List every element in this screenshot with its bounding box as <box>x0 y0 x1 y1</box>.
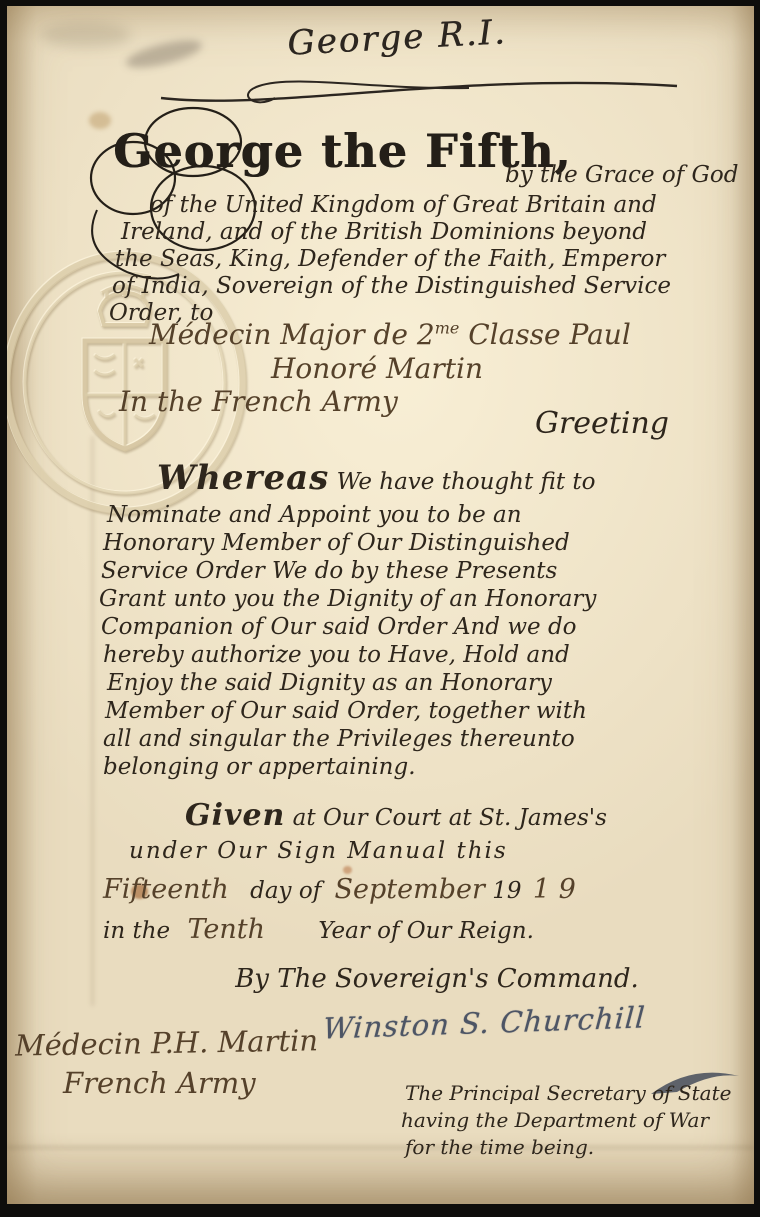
given-initial-word: Given <box>185 798 285 833</box>
command-line: By The Sovereign's Command. <box>117 964 754 994</box>
secretary-title-line: The Principal Secretary of State <box>405 1080 731 1107</box>
body-line: belonging or appertaining. <box>103 754 416 780</box>
document-title: George the Fifth, <box>113 124 572 178</box>
recipient-rank-text: Médecin Major de 2 <box>149 318 435 351</box>
body-line: Enjoy the said Dignity as an Honorary <box>107 670 552 696</box>
year-printed: 19 <box>492 878 521 904</box>
given-line: Given at Our Court at St. James's <box>185 798 607 833</box>
body-line: all and singular the Privileges thereunt… <box>103 726 575 752</box>
churchill-signature: Winston S. Churchill <box>322 1000 647 1045</box>
scanned-certificate-photo: George R.I. George the Fifth, by the Gra… <box>0 0 760 1217</box>
recipient-rank-line: Médecin Major de 2me Classe Paul <box>149 318 631 351</box>
preamble-line: of India, Sovereign of the Distinguished… <box>112 273 671 299</box>
handwritten-year: 1 9 <box>533 874 576 905</box>
body-line: Service Order We do by these Presents <box>101 558 557 584</box>
secretary-title-line: for the time being. <box>405 1134 594 1161</box>
reign-line-text: in the <box>103 918 170 944</box>
secretary-title-line: having the Department of War <box>401 1107 709 1134</box>
recipient-army-line: In the French Army <box>119 385 398 418</box>
rust-spot <box>343 866 352 874</box>
handwritten-month: September <box>335 874 485 905</box>
recipient-name: Honoré Martin <box>157 352 597 385</box>
certificate-paper: George R.I. George the Fifth, by the Gra… <box>7 6 754 1204</box>
fold-crease <box>91 436 94 1006</box>
reign-line: in the Tenth Year of Our Reign. <box>103 914 534 945</box>
body-line: hereby authorize you to Have, Hold and <box>103 642 570 668</box>
whereas-initial-word: Whereas <box>157 458 329 498</box>
body-line: Whereas We have thought fit to <box>157 458 596 498</box>
title-suffix: by the Grace of God <box>505 162 739 188</box>
body-line: Nominate and Appoint you to be an <box>107 502 522 528</box>
handwritten-reign-year: Tenth <box>187 914 265 945</box>
preamble-line: of the United Kingdom of Great Britain a… <box>150 192 657 218</box>
body-line: Companion of Our said Order And we do <box>101 614 577 640</box>
preamble-line: the Seas, King, Defender of the Faith, E… <box>115 246 665 272</box>
annotation-army: French Army <box>63 1066 256 1100</box>
date-line: Fifteenth day of September 19 1 9 <box>103 874 576 905</box>
annotation-name: Médecin P.H. Martin <box>15 1023 319 1062</box>
reign-line-text: Year of Our Reign. <box>318 918 534 944</box>
body-line-text: We have thought fit to <box>337 469 596 495</box>
recipient-rank-superscript: me <box>435 319 460 338</box>
handwritten-day: Fifteenth <box>103 874 229 905</box>
given-line: under Our Sign Manual this <box>129 838 508 864</box>
body-line: Member of Our said Order, together with <box>105 698 587 724</box>
body-line: Honorary Member of Our Distinguished <box>103 530 570 556</box>
body-line: Grant unto you the Dignity of an Honorar… <box>99 586 596 612</box>
preamble-line: Ireland, and of the British Dominions be… <box>121 219 647 245</box>
date-line-text: day of <box>250 878 321 904</box>
recipient-rank-text: Classe Paul <box>459 318 630 351</box>
fold-crease <box>7 1146 754 1149</box>
greeting-word: Greeting <box>535 406 669 441</box>
given-line-text: at Our Court at St. James's <box>293 805 607 831</box>
